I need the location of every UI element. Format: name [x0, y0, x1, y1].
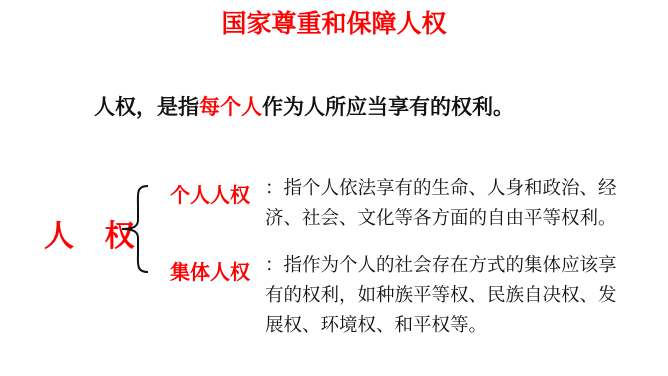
desc-line: ：指作为个人的社会存在方式的集体应该享	[265, 251, 617, 281]
subterm-collective-rights: 集体人权	[170, 256, 250, 285]
desc-line: ：指个人依法享有的生命、人身和政治、经	[265, 174, 617, 204]
desc-line: 有的权利，如种族平等权、民族自决权、发	[265, 281, 617, 311]
subterm-individual-rights: 个人人权	[170, 179, 250, 208]
individual-rights-description: ：指个人依法享有的生命、人身和政治、经 济、社会、文化等各方面的自由平等权利。	[265, 174, 617, 234]
collective-rights-description: ：指作为个人的社会存在方式的集体应该享 有的权利，如种族平等权、民族自决权、发 …	[265, 251, 617, 341]
definition-highlight: 每个人	[199, 95, 262, 119]
slide-title: 国家尊重和保障人权	[0, 4, 668, 40]
desc-line: 展权、环境权、和平权等。	[265, 311, 617, 341]
definition-sentence: 人权，是指每个人作为人所应当享有的权利。	[94, 91, 514, 121]
definition-suffix: 作为人所应当享有的权利。	[262, 95, 514, 119]
definition-prefix: 人权，是指	[94, 95, 199, 119]
curly-brace-icon	[116, 184, 156, 274]
desc-line: 济、社会、文化等各方面的自由平等权利。	[265, 204, 617, 234]
